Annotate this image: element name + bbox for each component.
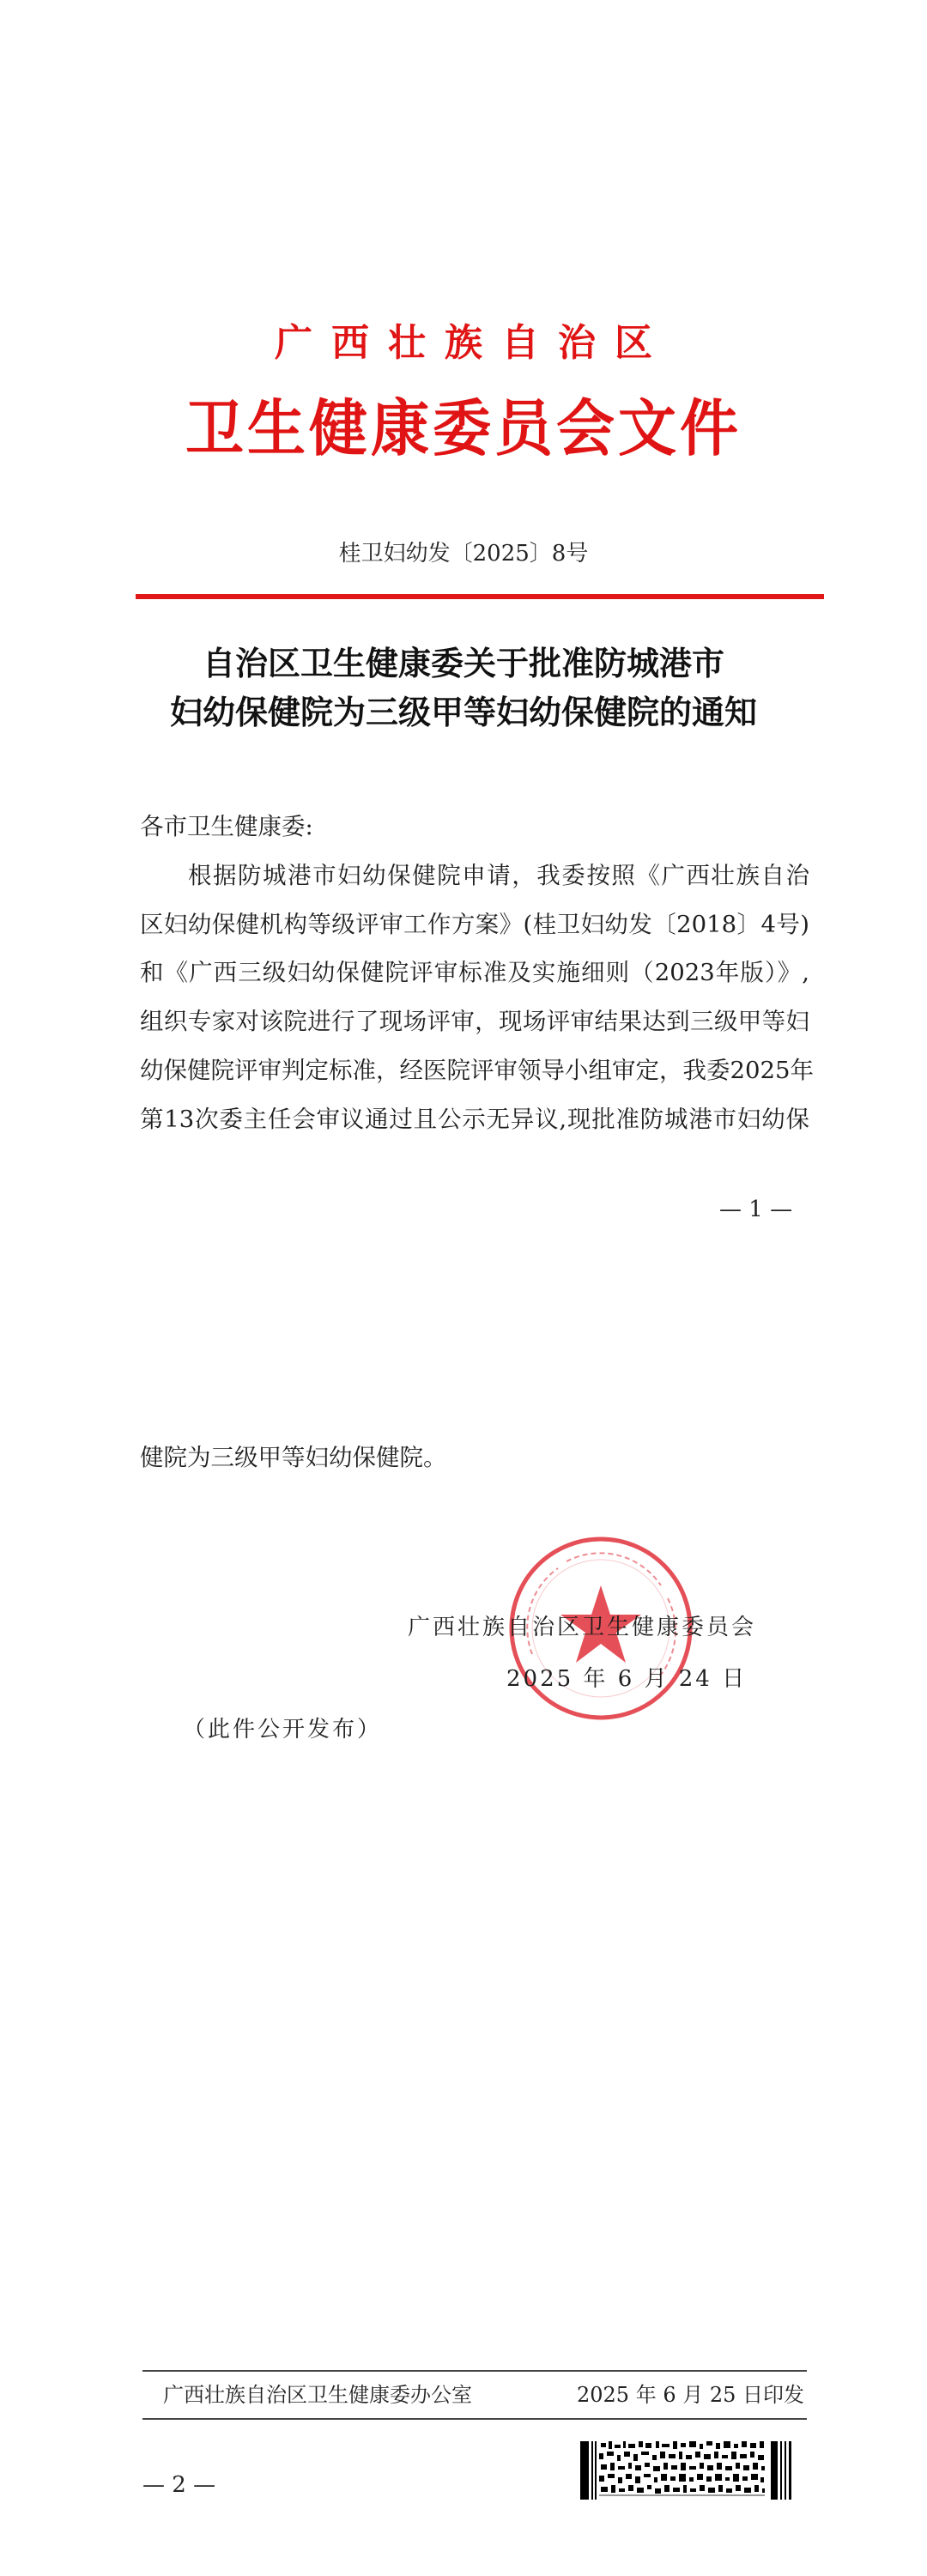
print-date: 2025 年 6 月 25 日印发 (577, 2381, 804, 2409)
document-title-line1: 自治区卫生健康委关于批准防城港市 (0, 642, 927, 685)
issuer-name-line2: 卫生健康委员会文件 (0, 393, 927, 465)
body-text-line: 根据防城港市妇幼保健院申请，我委按照《广西壮族自治 (140, 858, 809, 893)
salutation: 各市卫生健康委: (140, 809, 809, 844)
body-text-line: 和《广西三级妇幼保健院评审标准及实施细则（2023年版）》, (140, 955, 809, 990)
footer-top-rule (142, 2370, 807, 2372)
issuing-office: 广西壮族自治区卫生健康委办公室 (163, 2381, 472, 2409)
footer-bottom-rule (142, 2418, 807, 2420)
document-title-line2: 妇幼保健院为三级甲等妇幼保健院的通知 (0, 691, 927, 734)
signing-date: 2025 年 6 月 24 日 (506, 1664, 747, 1694)
body-text-line: 区妇幼保健机构等级评审工作方案》(桂卫妇幼发〔2018〕4号) (140, 907, 809, 942)
page-number-2: — 2 — (142, 2472, 215, 2498)
barcode-icon (580, 2441, 795, 2500)
disclosure-note: （此件公开发布） (183, 1714, 382, 1745)
document-number: 桂卫妇幼发〔2025〕8号 (0, 539, 927, 568)
red-header-divider (136, 594, 824, 599)
issuer-name-line1: 广西壮族自治区 (0, 319, 927, 367)
body-text-line: 幼保健院评审判定标准，经医院评审领导小组审定，我委2025年 (140, 1053, 809, 1088)
body-text-line: 组织专家对该院进行了现场评审，现场评审结果达到三级甲等妇 (140, 1004, 809, 1039)
signing-organization: 广西壮族自治区卫生健康委员会 (408, 1612, 756, 1643)
page-number-1: — 1 — (719, 1197, 792, 1222)
body-text-line: 第13次委主任会审议通过且公示无异议,现批准防城港市妇幼保 (140, 1102, 809, 1136)
body-continuation: 健院为三级甲等妇幼保健院。 (140, 1440, 809, 1475)
